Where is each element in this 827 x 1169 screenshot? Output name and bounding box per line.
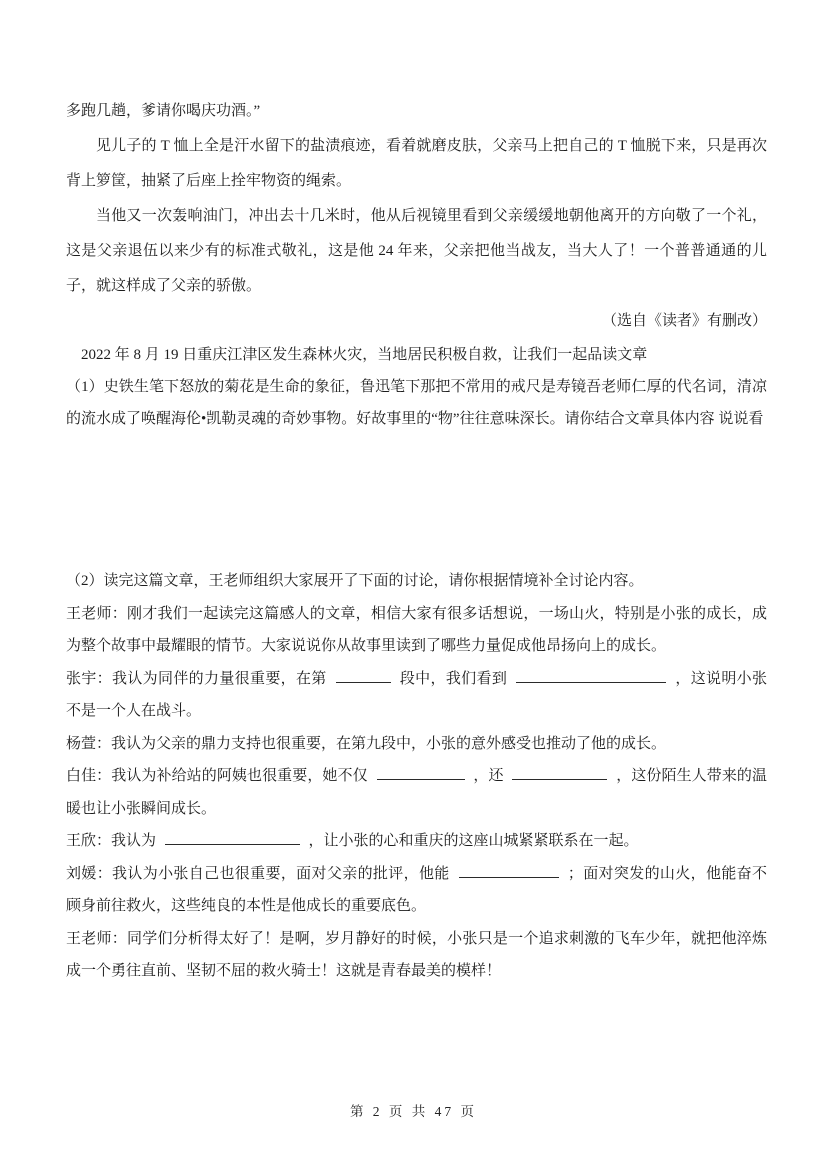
source-attribution: （选自《读者》有删改） [66, 304, 767, 339]
fill-in-blank [336, 669, 391, 683]
reading-passage: 多跑几趟，爹请你喝庆功酒。” 见儿子的 T 恤上全是汗水留下的盐渍痕迹，看着就磨… [66, 94, 767, 339]
fill-in-blank [512, 766, 607, 780]
zhangyu-text-2: 段中，我们看到 [400, 671, 507, 687]
discussion-liuyuan: 刘媛：我认为小张自己也很重要，面对父亲的批评，他能 ；面对突发的山火，他能奋不顾… [66, 858, 767, 923]
baijia-text-1: 白佳：我认为补给站的阿姨也很重要，她不仅 [66, 768, 368, 784]
passage-paragraph-3: 当他又一次轰响油门，冲出去十几米时，他从后视镜里看到父亲缓缓地朝他离开的方向敬了… [66, 199, 767, 304]
fill-in-blank [165, 831, 300, 845]
question-2: （2）读完这篇文章，王老师组织大家展开了下面的讨论，请你根据情境补全讨论内容。 [66, 565, 767, 598]
discussion-baijia: 白佳：我认为补给站的阿姨也很重要，她不仅 ，还 ，这份陌生人带来的温暖也让小张瞬… [66, 760, 767, 825]
discussion-yangxuan: 杨萱：我认为父亲的鼎力支持也很重要，在第九段中，小张的意外感受也推动了他的成长。 [66, 728, 767, 761]
fill-in-blank [377, 766, 465, 780]
answer-writing-space [66, 435, 767, 565]
discussion-teacher-opening: 王老师：刚才我们一起读完这篇感人的文章，相信大家有很多话想说，一场山火，特别是小… [66, 598, 767, 663]
liuyuan-text-1: 刘媛：我认为小张自己也很重要，面对父亲的批评，他能 [66, 866, 450, 882]
passage-paragraph-1: 多跑几趟，爹请你喝庆功酒。” [66, 94, 767, 129]
discussion-zhangyu: 张宇：我认为同伴的力量很重要，在第 段中，我们看到 ，这说明小张不是一个人在战斗… [66, 663, 767, 728]
question-intro: 2022 年 8 月 19 日重庆江津区发生森林火灾，当地居民积极自救，让我们一… [66, 339, 767, 371]
baijia-text-2: ，还 [473, 768, 503, 784]
discussion-wangxin: 王欣：我认为 ，让小张的心和重庆的这座山城紧紧联系在一起。 [66, 825, 767, 858]
discussion-teacher-closing: 王老师：同学们分析得太好了！是啊，岁月静好的时候，小张只是一个追求刺激的飞车少年… [66, 923, 767, 988]
zhangyu-text-1: 张宇：我认为同伴的力量很重要，在第 [66, 671, 327, 687]
fill-in-blank [516, 669, 666, 683]
question-block: 2022 年 8 月 19 日重庆江津区发生森林火灾，当地居民积极自救，让我们一… [66, 339, 767, 435]
wangxin-text-2: ，让小张的心和重庆的这座山城紧紧联系在一起。 [309, 833, 639, 849]
document-page: 多跑几趟，爹请你喝庆功酒。” 见儿子的 T 恤上全是汗水留下的盐渍痕迹，看着就磨… [0, 0, 827, 988]
passage-paragraph-2: 见儿子的 T 恤上全是汗水留下的盐渍痕迹，看着就磨皮肤，父亲马上把自己的 T 恤… [66, 129, 767, 199]
page-footer: 第 2 页 共 47 页 [0, 1100, 827, 1120]
fill-in-blank [459, 864, 559, 878]
discussion-section: （2）读完这篇文章，王老师组织大家展开了下面的讨论，请你根据情境补全讨论内容。 … [66, 565, 767, 988]
wangxin-text-1: 王欣：我认为 [66, 833, 156, 849]
question-1: （1）史铁生笔下怒放的菊花是生命的象征，鲁迅笔下那把不常用的戒尺是寿镜吾老师仁厚… [66, 371, 767, 435]
